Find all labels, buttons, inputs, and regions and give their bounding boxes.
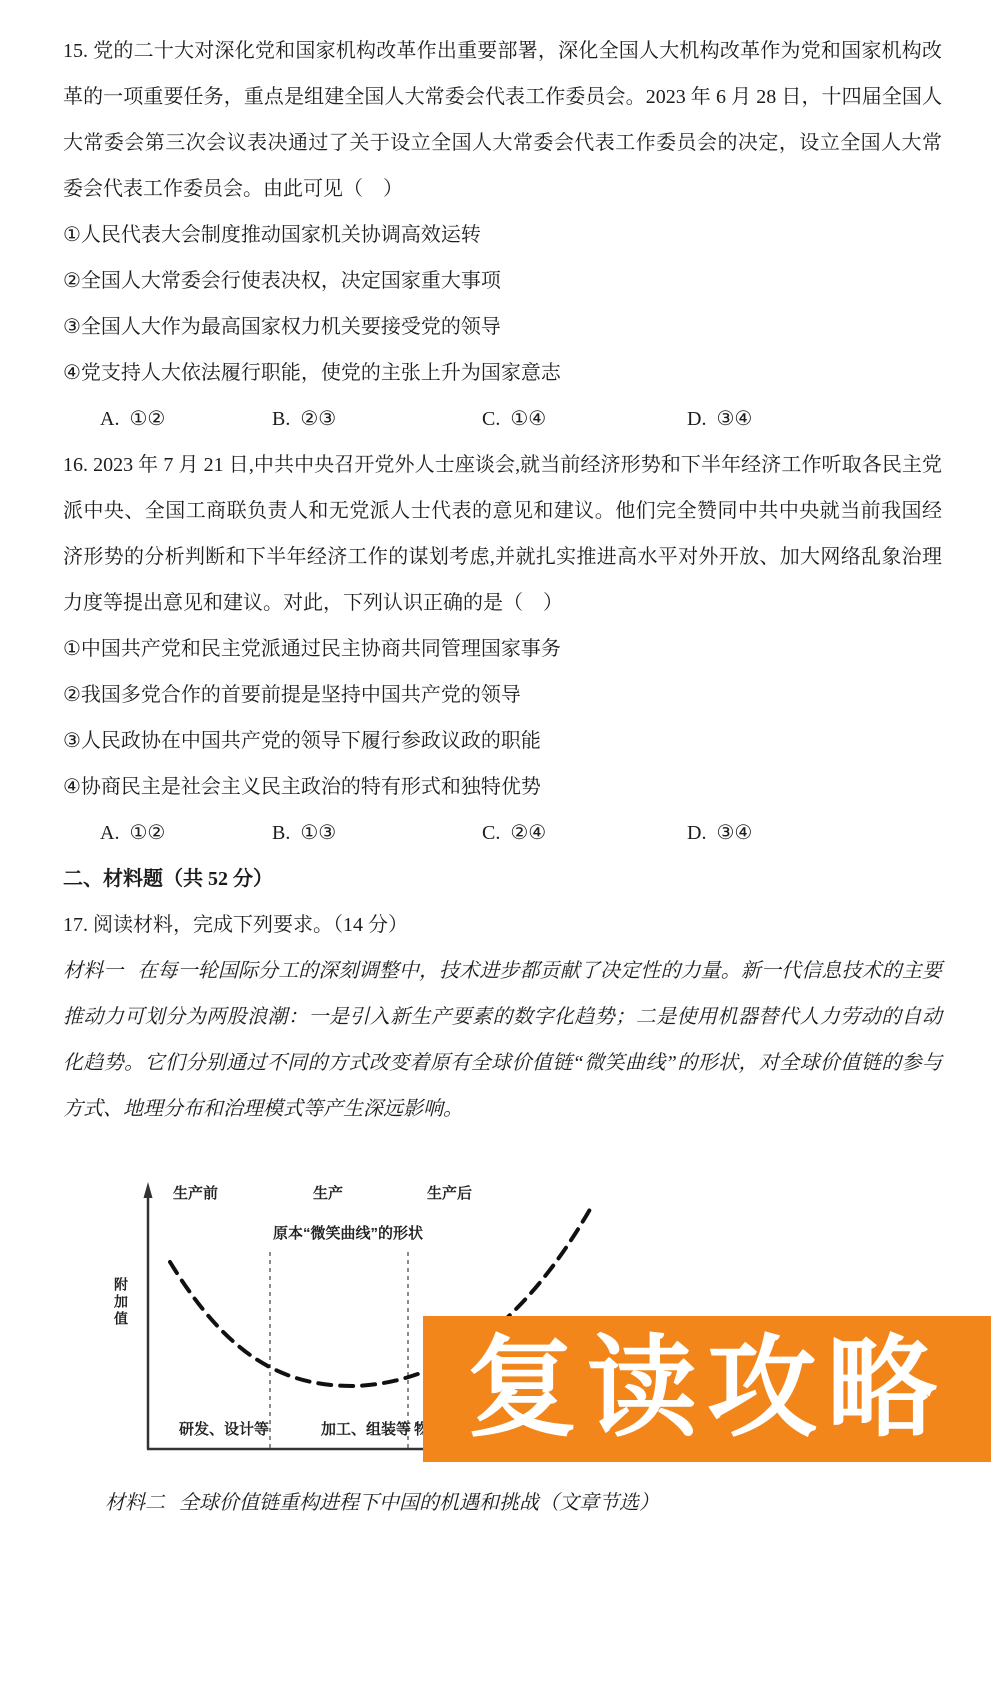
material-1-text: 在每一轮国际分工的深刻调整中，技术进步都贡献了决定性的力量。新一代信息技术的主要… (63, 960, 942, 1120)
segment-label-rd-design: 研发、设计等 (179, 1418, 269, 1439)
choice-label: B. (272, 396, 290, 442)
material-2-text: 全球价值链重构进程下中国的机遇和挑战（文章节选） (179, 1492, 659, 1514)
q16-choice-a: A. ①② (100, 810, 272, 856)
q16-answer-choices: A. ①② B. ①③ C. ②④ D. ③④ (63, 810, 942, 856)
q16-option-1: ①中国共产党和民主党派通过民主协商共同管理国家事务 (63, 626, 942, 672)
y-axis-arrow (144, 1182, 153, 1198)
q16-choice-b: B. ①③ (272, 810, 482, 856)
watermark-banner: 复读攻略 (423, 1316, 991, 1462)
choice-numbers: ②④ (510, 810, 546, 856)
segment-label-processing-assembly: 加工、组装等 (321, 1418, 411, 1439)
smile-curve-figure: 生产前 生产 生产后 原本“微笑曲线”的形状 附加值 研发、设计等 加工、组装等… (63, 1132, 942, 1468)
question-17-intro: 17. 阅读材料，完成下列要求。（14 分） (63, 902, 942, 948)
q16-option-3: ③人民政协在中国共产党的领导下履行参政议政的职能 (63, 718, 942, 764)
q15-choice-c: C. ①④ (482, 396, 687, 442)
q16-option-4: ④协商民主是社会主义民主政治的特有形式和独特优势 (63, 764, 942, 810)
chart-title: 原本“微笑曲线”的形状 (273, 1222, 423, 1243)
choice-label: A. (100, 810, 119, 856)
choice-numbers: ①③ (300, 810, 336, 856)
choice-numbers: ②③ (300, 396, 336, 442)
q15-choice-d: D. ③④ (687, 396, 752, 442)
q15-option-3: ③全国人大作为最高国家权力机关要接受党的领导 (63, 304, 942, 350)
choice-numbers: ①② (129, 810, 165, 856)
q15-answer-choices: A. ①② B. ②③ C. ①④ D. ③④ (63, 396, 942, 442)
stage-label-post-production: 生产后 (427, 1182, 472, 1203)
material-1-paragraph: 材料一在每一轮国际分工的深刻调整中，技术进步都贡献了决定性的力量。新一代信息技术… (63, 948, 942, 1132)
q15-option-1: ①人民代表大会制度推动国家机关协调高效运转 (63, 212, 942, 258)
question-15-stem: 15. 党的二十大对深化党和国家机构改革作出重要部署，深化全国人大机构改革作为党… (63, 28, 942, 212)
q16-choice-c: C. ②④ (482, 810, 687, 856)
material-1-label: 材料一 (63, 960, 123, 982)
choice-label: D. (687, 396, 706, 442)
q15-option-2: ②全国人大常委会行使表决权，决定国家重大事项 (63, 258, 942, 304)
q15-choice-a: A. ①② (100, 396, 272, 442)
choice-label: A. (100, 396, 119, 442)
choice-label: D. (687, 810, 706, 856)
q15-choice-b: B. ②③ (272, 396, 482, 442)
material-2-label: 材料二 (105, 1492, 165, 1514)
q16-choice-d: D. ③④ (687, 810, 752, 856)
stage-label-pre-production: 生产前 (173, 1182, 218, 1203)
choice-label: C. (482, 810, 500, 856)
q15-option-4: ④党支持人大依法履行职能，使党的主张上升为国家意志 (63, 350, 942, 396)
q16-option-2: ②我国多党合作的首要前提是坚持中国共产党的领导 (63, 672, 942, 718)
choice-label: B. (272, 810, 290, 856)
y-axis-label: 附加值 (111, 1277, 131, 1328)
choice-numbers: ①② (129, 396, 165, 442)
choice-numbers: ③④ (716, 396, 752, 442)
stage-label-production: 生产 (313, 1182, 343, 1203)
choice-numbers: ①④ (510, 396, 546, 442)
material-2-caption: 材料二全球价值链重构进程下中国的机遇和挑战（文章节选） (63, 1480, 942, 1526)
choice-numbers: ③④ (716, 810, 752, 856)
choice-label: C. (482, 396, 500, 442)
exam-page: 15. 党的二十大对深化党和国家机构改革作出重要部署，深化全国人大机构改革作为党… (0, 0, 1000, 1686)
section-2-heading: 二、材料题（共 52 分） (63, 856, 942, 902)
question-16-stem: 16. 2023 年 7 月 21 日,中共中央召开党外人士座谈会,就当前经济形… (63, 442, 942, 626)
